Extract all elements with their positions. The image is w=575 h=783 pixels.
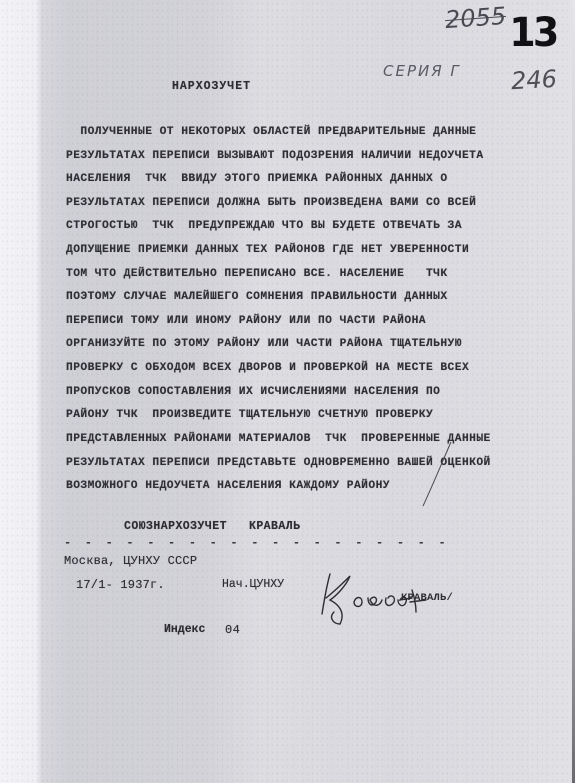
position-text: Нач.ЦУНХУ [222, 578, 284, 591]
index-label: Индекс [164, 623, 205, 636]
date-text: 17/1- 1937г. [76, 578, 165, 592]
handwritten-slash-mark [415, 440, 455, 510]
index-value: 04 [225, 623, 240, 637]
body-line: РЕЗУЛЬТАТАХ ПЕРЕПИСИ ДОЛЖНА БЫТЬ ПРОИЗВЕ… [66, 197, 476, 209]
body-line: РАЙОНУ ТЧК ПРОИЗВЕДИТЕ ТЩАТЕЛЬНУЮ СЧЕТНУ… [66, 409, 433, 421]
body-line: ВОЗМОЖНОГО НЕДОУЧЕТА НАСЕЛЕНИЯ КАЖДОМУ Р… [66, 480, 390, 492]
body-line: ДОПУЩЕНИЕ ПРИЕМКИ ДАННЫХ ТЕХ РАЙОНОВ ГДЕ… [66, 244, 469, 256]
body-line: ПРОВЕРКУ С ОБХОДОМ ВСЕХ ДВОРОВ И ПРОВЕРК… [66, 362, 469, 374]
body-line: СТРОГОСТЬЮ ТЧК ПРЕДУПРЕЖДАЮ ЧТО ВЫ БУДЕТ… [66, 220, 462, 232]
body-line: РЕЗУЛЬТАТАХ ПЕРЕПИСИ ВЫЗЫВАЮТ ПОДОЗРЕНИЯ… [66, 150, 484, 162]
document-title: НАРХОЗУЧЕТ [172, 80, 251, 93]
series-label: СЕРИЯ Г [383, 62, 461, 80]
typed-signature-name: КРАВАЛЬ/ [401, 592, 453, 604]
body-line: НАСЕЛЕНИЯ ТЧК ВВИДУ ЭТОГО ПРИЕМКА РАЙОНН… [66, 173, 448, 185]
body-line: ПОЛУЧЕННЫЕ ОТ НЕКОТОРЫХ ОБЛАСТЕЙ ПРЕДВАР… [66, 126, 476, 138]
separator-dashes: - - - - - - - - - - - - - - - - - - - [64, 536, 449, 550]
location-text: Москва, ЦУНХУ СССР [64, 554, 197, 568]
handwritten-page-number: 246 [510, 65, 557, 95]
body-line: ТОМ ЧТО ДЕЙСТВИТЕЛЬНО ПЕРЕПИСАНО ВСЕ. НА… [66, 268, 448, 280]
handwritten-archive-number: 2055 [444, 2, 507, 34]
stamped-sheet-number: 13 [509, 10, 556, 56]
body-line: ОРГАНИЗУЙТЕ ПО ЭТОМУ РАЙОНУ ИЛИ ЧАСТИ РА… [66, 338, 462, 350]
sender-line: СОЮЗНАРХОЗУЧЕТ КРАВАЛЬ [124, 520, 300, 533]
body-line: ПОЭТОМУ СЛУЧАЕ МАЛЕЙШЕГО СОМНЕНИЯ ПРАВИЛ… [66, 291, 448, 303]
body-line: ПЕРЕПИСИ ТОМУ ИЛИ ИНОМУ РАЙОНУ ИЛИ ПО ЧА… [66, 315, 426, 327]
body-line: ПРОПУСКОВ СОПОСТАВЛЕНИЯ ИХ ИСЧИСЛЕНИЯМИ … [66, 386, 440, 398]
